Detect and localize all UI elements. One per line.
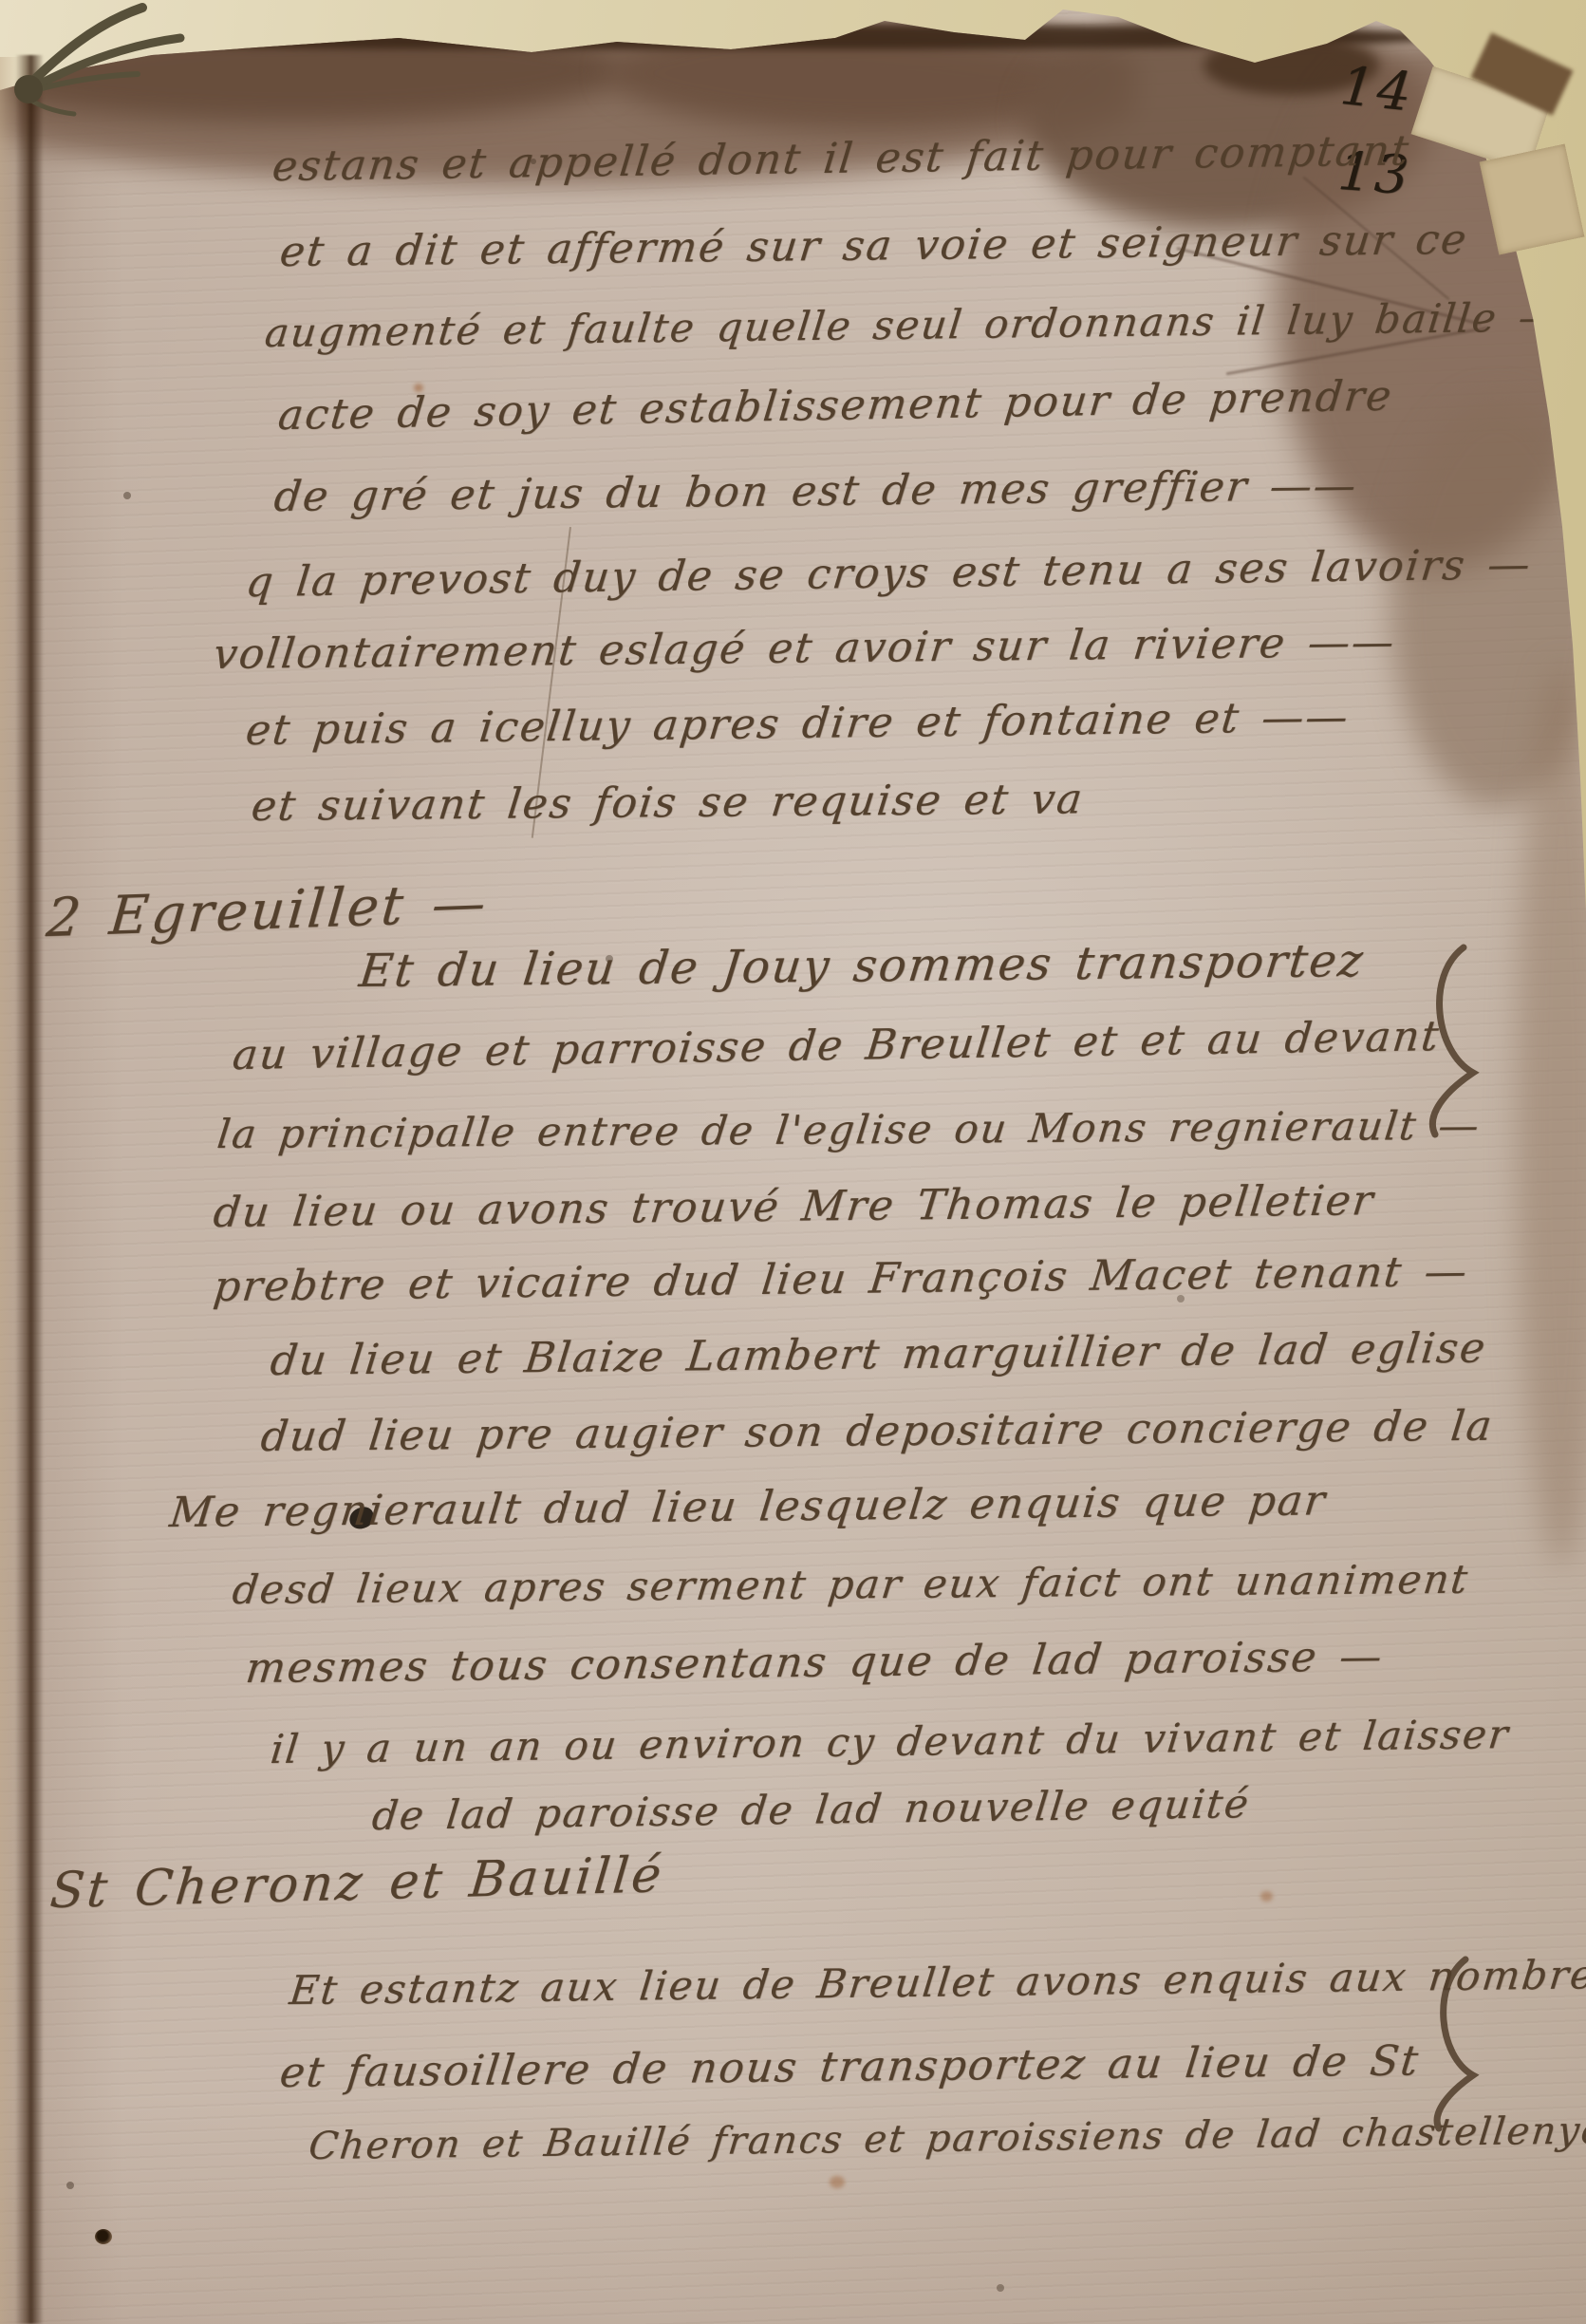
manuscript-photo: 14 13 2 Egreuillet — St Cheronz et Bauil… xyxy=(0,0,1586,2324)
paper-scrap xyxy=(1480,144,1585,255)
pen-flourish xyxy=(1412,1954,1488,2134)
pen-flourish xyxy=(1405,940,1490,1139)
wormhole xyxy=(95,2229,112,2244)
manuscript-line: et suivant les fois se requise et va xyxy=(249,775,1086,831)
binding-thread xyxy=(0,0,266,142)
folio-number-14: 14 xyxy=(1337,55,1417,124)
rust-spot xyxy=(1260,1891,1273,1902)
manuscript-page: 14 13 2 Egreuillet — St Cheronz et Bauil… xyxy=(0,0,1586,2324)
binding-gutter xyxy=(15,55,44,2324)
manuscript-line: Et du lieu de Jouy sommes transportez xyxy=(357,934,1368,998)
manuscript-line: la principalle entree de l'eglise ou Mon… xyxy=(215,1102,1483,1157)
rust-spot xyxy=(830,2176,845,2188)
